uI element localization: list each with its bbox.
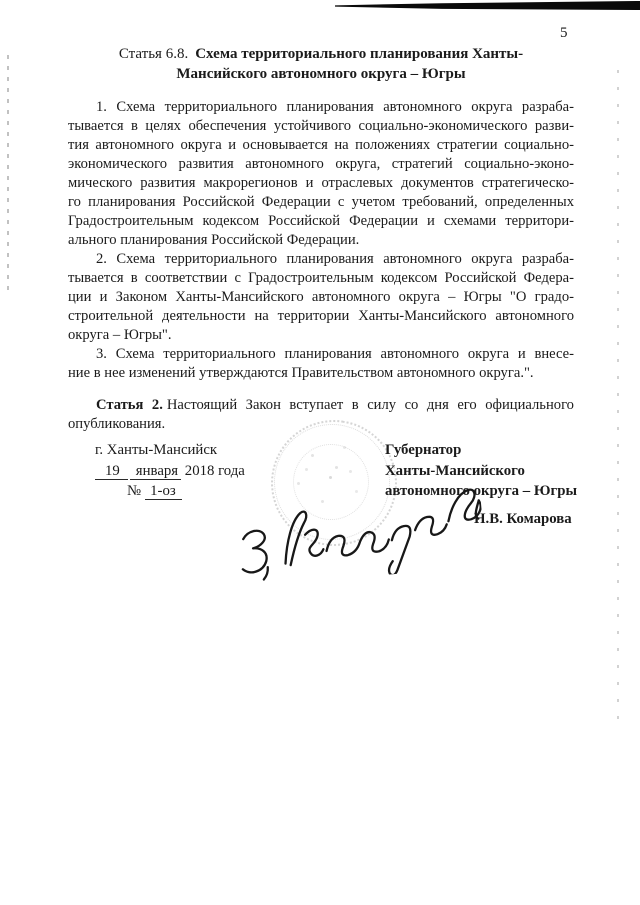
scan-artifact-left-edge — [7, 55, 9, 295]
text-line: Градостроительным кодексом Российской Фе… — [68, 212, 574, 231]
article-title-part2: Мансийского автономного округа – Югры — [68, 64, 574, 84]
article-heading: Статья 6.8.Схема территориального планир… — [68, 44, 574, 84]
place-date-block: г. Ханты-Мансийск 19января 2018 года №1-… — [95, 440, 245, 502]
text-line: Статья 2.Настоящий Закон вступает в силу… — [68, 396, 574, 415]
page-number: 5 — [560, 25, 568, 42]
scan-artifact-top-bar — [335, 1, 640, 10]
body-text: 1. Схема территориального планирования а… — [68, 98, 574, 434]
text-line: строительной деятельности на территории … — [68, 307, 574, 326]
article-heading-line1: Статья 6.8.Схема территориального планир… — [68, 44, 574, 64]
text-line: ального планирования Российской Федераци… — [68, 231, 574, 250]
number-sign: № — [127, 483, 141, 499]
date-year: 2018 года — [185, 463, 245, 479]
article-2-label: Статья 2. — [96, 397, 163, 413]
text-line: ние в нее изменений утверждаются Правите… — [68, 364, 574, 383]
text-line: тывается в соответствии с Градостроитель… — [68, 269, 574, 288]
document-page: 5 Статья 6.8.Схема территориального план… — [0, 0, 640, 905]
text-line: округа – Югры". — [68, 326, 574, 345]
article-title-part1: Схема территориального планирования Хант… — [195, 46, 523, 62]
article-number-label: Статья 6.8. — [119, 46, 188, 62]
scan-artifact-right-edge — [617, 70, 619, 725]
document-number-value: 1-оз — [145, 483, 182, 500]
official-name: Н.В. Комарова — [474, 511, 572, 528]
city-line: г. Ханты-Мансийск — [95, 440, 245, 461]
date-month: января — [130, 463, 181, 480]
date-day: 19 — [95, 463, 128, 480]
official-title-line2: Ханты-Мансийского — [385, 461, 577, 482]
paragraph-3: 3. Схема территориального планирования а… — [68, 345, 574, 383]
text-line: экономического развития автономного окру… — [68, 155, 574, 174]
text-line: тия автономного округа и основывается на… — [68, 136, 574, 155]
text-line: ции и Законом Ханты-Мансийского автономн… — [68, 288, 574, 307]
official-title-line1: Губернатор — [385, 440, 577, 461]
date-line: 19января 2018 года — [95, 461, 245, 482]
text-line: 2. Схема территориального планирования а… — [68, 250, 574, 269]
text-line: 1. Схема территориального планирования а… — [68, 98, 574, 117]
paragraph-1: 1. Схема территориального планирования а… — [68, 98, 574, 250]
text-line: мического развития макрорегионов и отрас… — [68, 174, 574, 193]
text-line: тывается в целях обеспечения устойчивого… — [68, 117, 574, 136]
article-2-text: Настоящий Закон вступает в силу со дня е… — [167, 397, 574, 413]
text-line: 3. Схема территориального планирования а… — [68, 345, 574, 364]
handwritten-signature — [210, 474, 487, 589]
text-line: го планирования Российской Федерации с у… — [68, 193, 574, 212]
paragraph-2: 2. Схема территориального планирования а… — [68, 250, 574, 345]
stamp-speckles — [329, 476, 332, 479]
